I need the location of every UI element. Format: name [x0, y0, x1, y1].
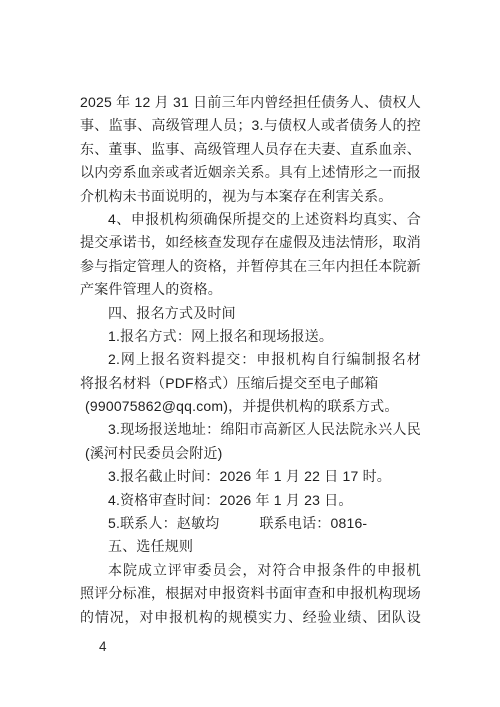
text-line: 1.报名方式：网上报名和现场报送。 [80, 325, 421, 348]
text-line: 事、监事、高级管理人员；3.与债权人或者债务人的控股股 [80, 114, 421, 137]
text-line: 2025 年 12 月 31 日前三年内曾经担任债务人、债权人的董 [80, 91, 421, 114]
text-line: 5.联系人：赵敏均联系电话：0816-2754061 [80, 512, 421, 535]
text-line-segment: 5.联系人：赵敏均 [108, 515, 219, 531]
document-text: 2025 年 12 月 31 日前三年内曾经担任债务人、债权人的董事、监事、高级… [80, 91, 421, 629]
text-line: 4、申报机构须确保所提交的上述资料均真实、合法，并 [80, 208, 421, 231]
text-line: 东、董事、监事、高级管理人员存在夫妻、直系血亲、三代 [80, 138, 421, 161]
text-line: 的情况，对申报机构的规模实力、经验业绩、团队设置、主 [80, 606, 421, 629]
text-line: 介机构未书面说明的，视为与本案存在利害关系。 [80, 185, 421, 208]
text-line: 照评分标准，根据对申报资料书面审查和申报机构现场陈述 [80, 582, 421, 605]
text-line: 提交承诺书，如经核查发现存在虚假及违法情形，取消本次 [80, 231, 421, 254]
text-line: 四、报名方式及时间 [80, 302, 421, 325]
text-line: 五、选任规则 [80, 535, 421, 558]
text-line: 4.资格审查时间：2026 年 1 月 23 日。 [80, 489, 421, 512]
text-line: 产案件管理人的资格。 [80, 278, 421, 301]
text-line: 3.现场报送地址：绵阳市高新区人民法院永兴人民法庭 [80, 418, 421, 441]
text-line: (990075862@qq.com)，并提供机构的联系方式。 [80, 395, 421, 418]
text-line: (溪河村民委员会附近) [80, 442, 421, 465]
text-line: 2.网上报名资料提交：申报机构自行编制报名材料，需 [80, 348, 421, 371]
text-line: 本院成立评审委员会，对符合申报条件的申报机构，按 [80, 559, 421, 582]
page-number: 4 [99, 637, 107, 657]
text-line: 将报名材料（PDF格式）压缩后提交至电子邮箱 [80, 372, 421, 395]
text-line: 以内旁系血亲或者近姻亲关系。具有上述情形之一而报名中 [80, 161, 421, 184]
text-line: 3.报名截止时间：2026 年 1 月 22 日 17 时。 [80, 465, 421, 488]
document-page: 2025 年 12 月 31 日前三年内曾经担任债务人、债权人的董事、监事、高级… [0, 0, 500, 707]
text-line: 参与指定管理人的资格，并暂停其在三年内担任本院新的破 [80, 255, 421, 278]
